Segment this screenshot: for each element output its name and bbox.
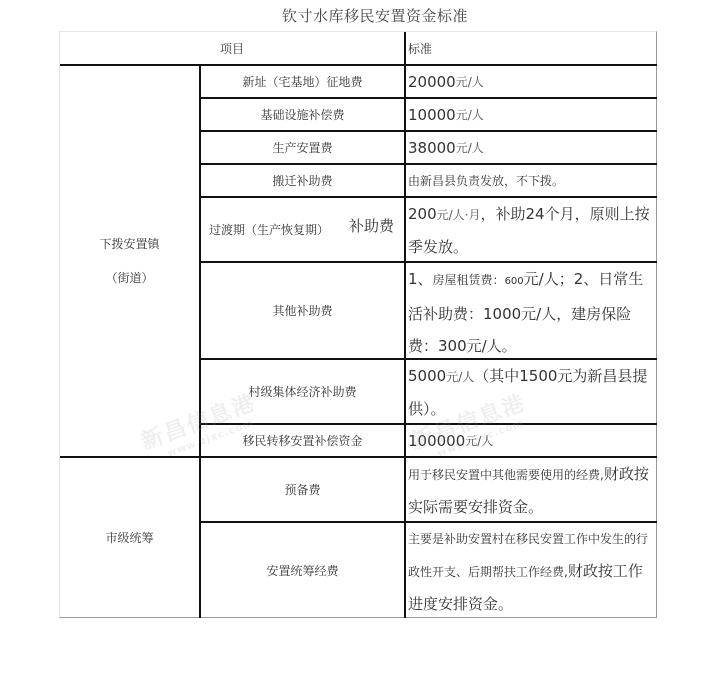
amount: 20000 — [408, 66, 456, 98]
group-label-town: 下拨安置镇 （街道） — [60, 66, 199, 456]
unit: 元/人 — [456, 66, 484, 98]
group-label-line: 市级统筹 — [105, 521, 153, 555]
text: 房屋租赁费： — [433, 273, 505, 287]
unit: 元/人 — [456, 132, 484, 164]
row-item: 搬迁补助费 — [201, 165, 404, 196]
amount: 200 — [408, 205, 437, 223]
row-item: 村级集体经济补助费 — [201, 360, 404, 423]
unit: 元/人 — [456, 99, 484, 131]
header-item: 项目 — [60, 32, 404, 65]
row-standard: 100000元/人 — [406, 425, 656, 456]
text: 600 — [505, 276, 524, 287]
funding-standards-table: 项目 标准 下拨安置镇 （街道） 市级统筹 新址（宅基地）征地费 20000元/… — [59, 31, 657, 618]
row-item: 安置统筹经费 — [201, 523, 404, 618]
row-standard: 由新昌县负责发放，不下拨。 — [406, 165, 656, 196]
amount: 5000 — [408, 367, 446, 385]
amount: 10000 — [408, 99, 456, 131]
group-label-line: （街道） — [105, 261, 153, 295]
amount: 100000 — [408, 425, 465, 457]
row-standard: 38000元/人 — [406, 132, 656, 163]
row-item: 生产安置费 — [201, 132, 404, 163]
row-item: 基础设施补偿费 — [201, 99, 404, 130]
row-standard: 20000元/人 — [406, 66, 656, 97]
row-standard: 用于移民安置中其他需要使用的经费,财政按实际需要安排资金。 — [406, 458, 656, 521]
description: 用于移民安置中其他需要使用的经费, — [408, 468, 604, 482]
group-label-line: 下拨安置镇 — [99, 227, 159, 261]
unit: 元/人 — [446, 370, 474, 384]
row-item-part: 过渡期（生产恢复期） — [209, 221, 329, 238]
row-item: 移民转移安置补偿资金 — [201, 425, 404, 456]
row-item-part: 补助费 — [349, 215, 394, 236]
row-item: 预备费 — [201, 458, 404, 521]
header-standard: 标准 — [406, 32, 656, 65]
row-item: 新址（宅基地）征地费 — [201, 66, 404, 97]
amount: 38000 — [408, 132, 456, 164]
row-standard: 10000元/人 — [406, 99, 656, 130]
text: 1、 — [408, 270, 433, 288]
row-standard: 主要是补助安置村在移民安置工作中发生的行政性开支、后期帮扶工作经费,财政按工作进… — [406, 523, 656, 618]
row-standard: 1、房屋租赁费：600元/人；2、日常生活补助费：1000元/人，建房保险费：3… — [406, 263, 656, 358]
page-title: 钦寸水库移民安置资金标准 — [0, 5, 709, 26]
row-item: 过渡期（生产恢复期） 补助费 — [201, 198, 404, 261]
unit: 元/人 — [465, 425, 493, 457]
row-item: 其他补助费 — [201, 263, 404, 358]
unit: 元/人·月 — [437, 208, 481, 222]
group-label-city: 市级统筹 — [60, 458, 199, 618]
row-standard: 5000元/人（其中1500元为新昌县提供）。 — [406, 360, 656, 423]
row-standard: 200元/人·月，补助24个月，原则上按季发放。 — [406, 198, 656, 261]
